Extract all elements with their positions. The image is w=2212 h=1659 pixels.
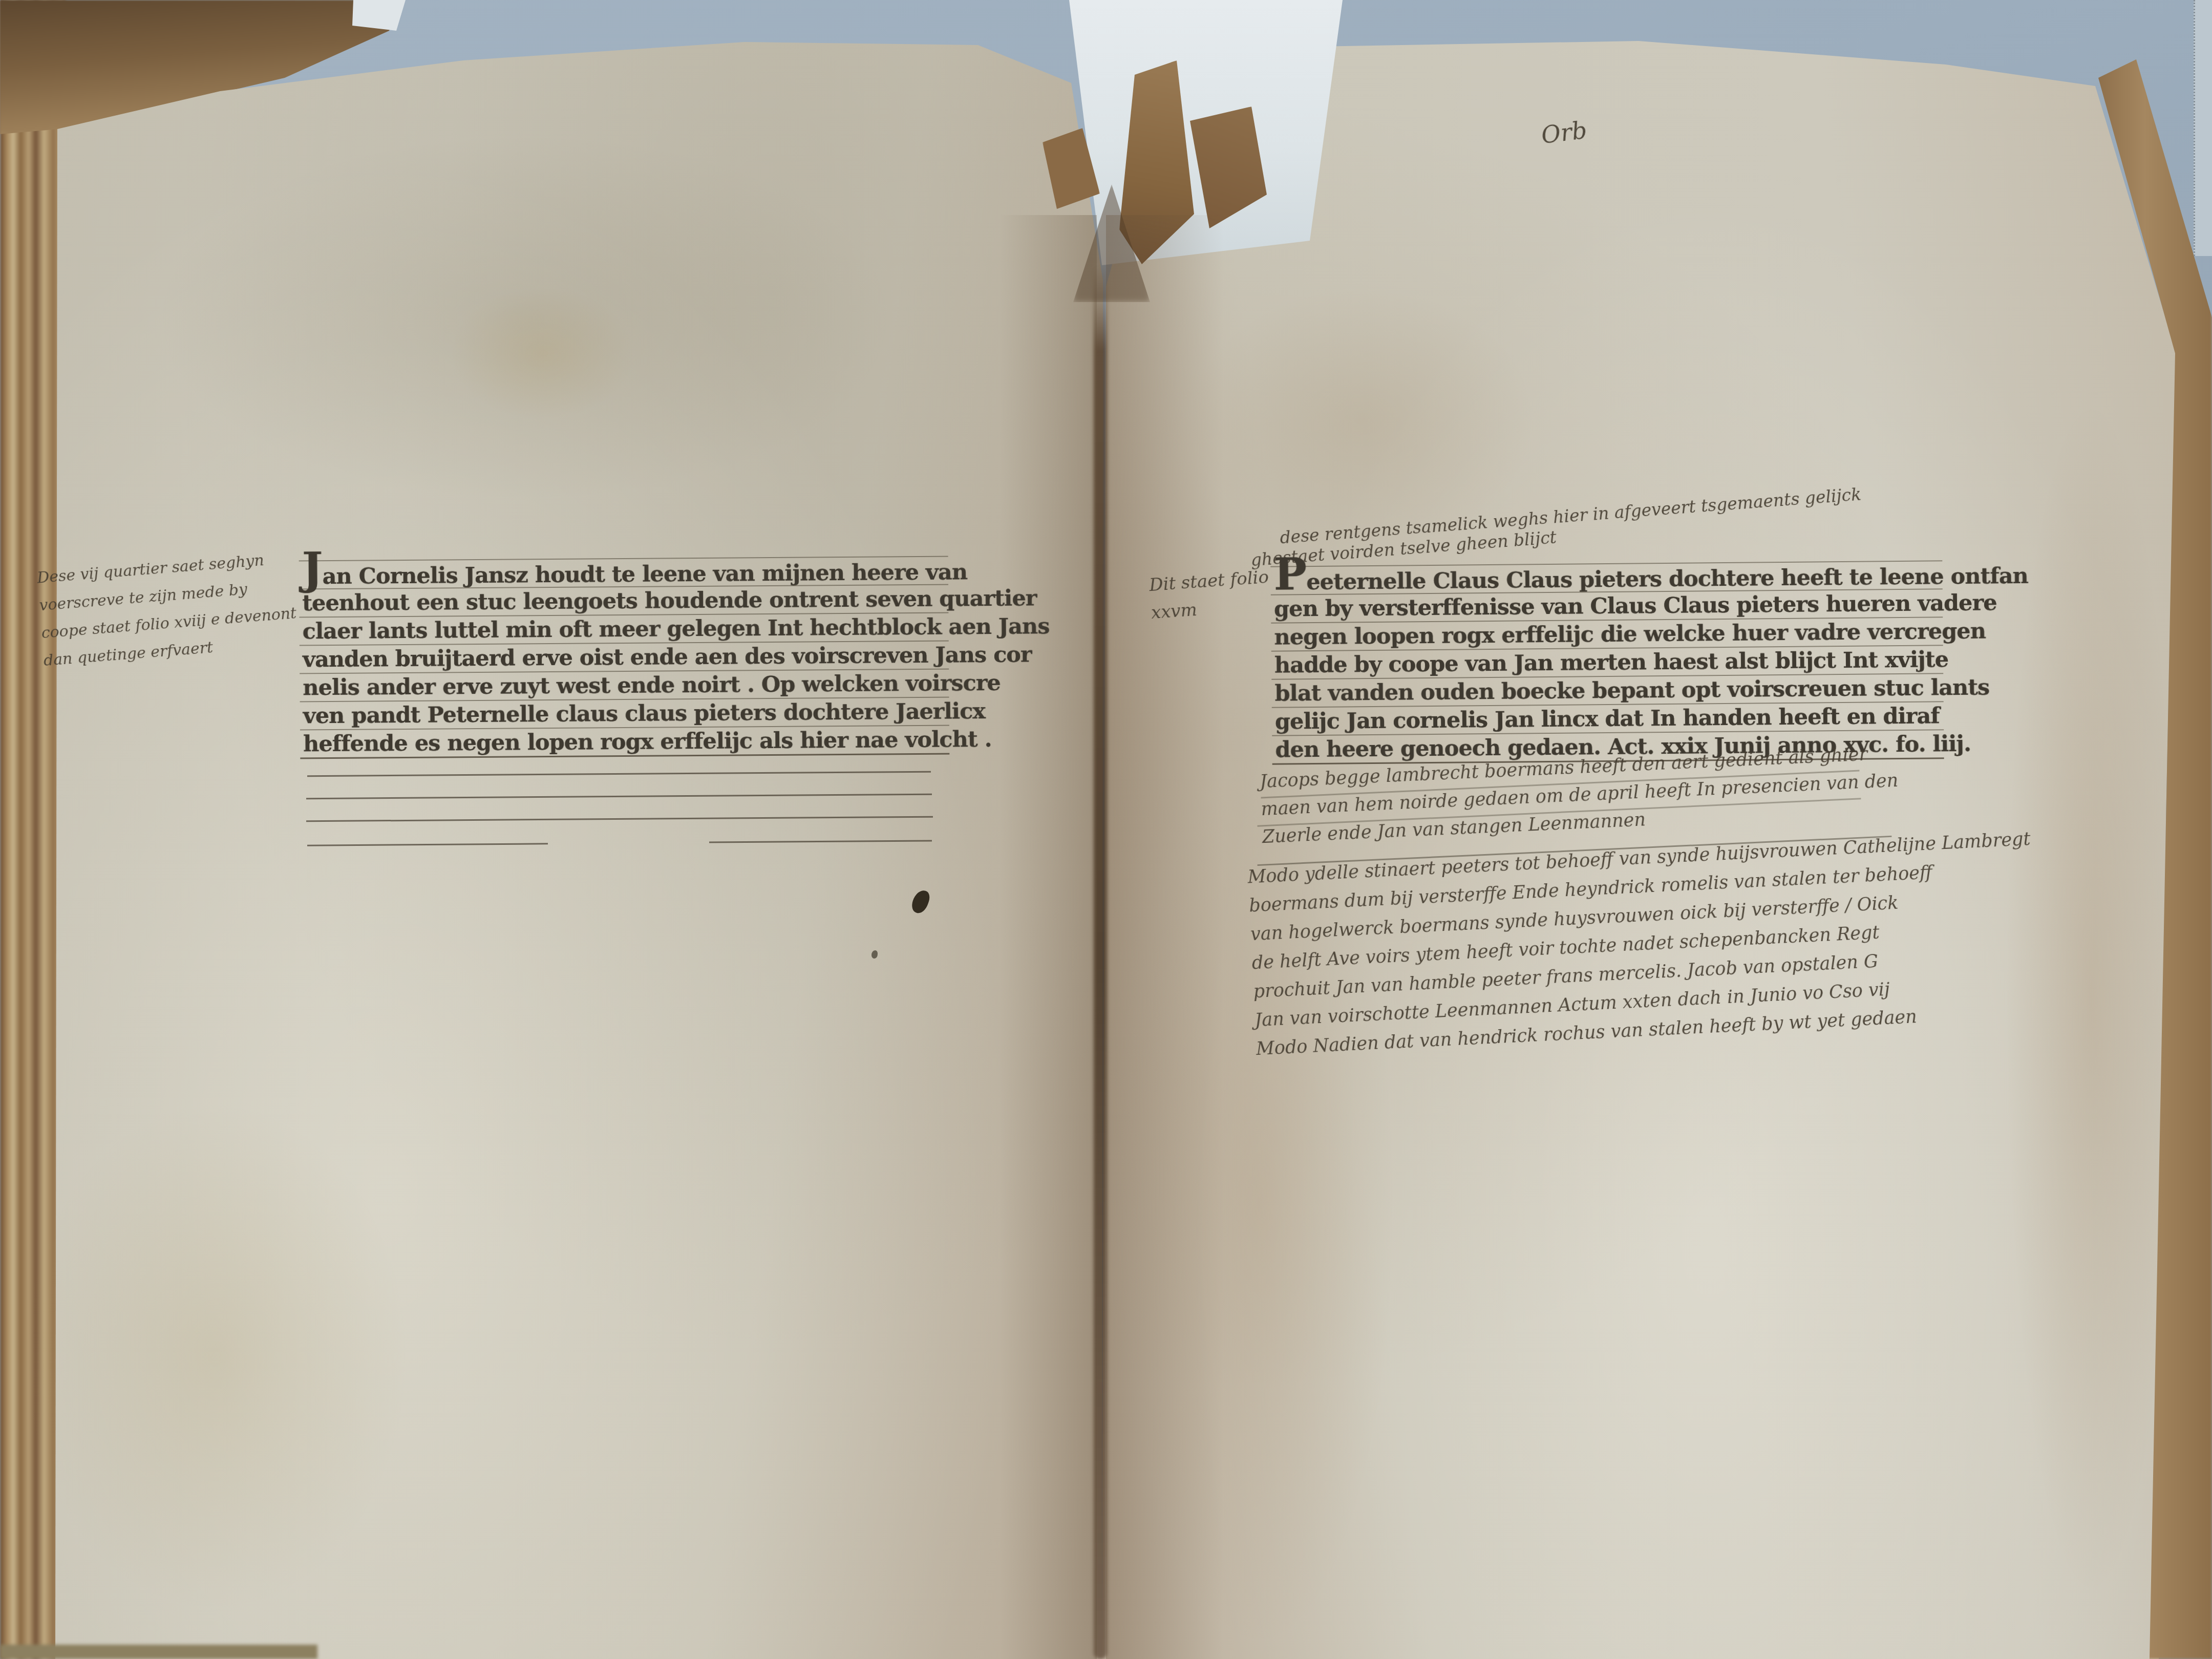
entry-line: claer lants luttel min oft meer gelegen …	[299, 612, 948, 645]
left-page	[0, 0, 1106, 1659]
entry-line: ven pandt Peternelle claus claus pieters…	[300, 697, 949, 730]
gutter-shadow-left	[999, 215, 1097, 1659]
manuscript-photo: Dese vij quartier saet seghyn voerscreve…	[0, 0, 2212, 1659]
bottom-page-edge	[0, 1645, 317, 1659]
entry-line: heffende es negen lopen rogx erffelijc a…	[300, 725, 949, 758]
left-margin-note: Dese vij quartier saet seghyn voerscreve…	[36, 544, 310, 675]
left-entry-block: Jan Cornelis Jansz houdt te leene van mi…	[299, 556, 950, 759]
entry-line: vanden bruijtaerd erve oist ende aen des…	[300, 641, 949, 673]
folio-mark: Orb	[1540, 116, 1588, 149]
modo-block: Modo ydelle stinaert peeters tot behoeff…	[1247, 825, 2039, 1064]
right-entry-block: Peeternelle Claus Claus pieters dochtere…	[1270, 560, 1944, 764]
table-edge-strip	[2194, 0, 2212, 256]
entry-line: nelis ander erve zuyt west ende noirt . …	[300, 669, 949, 701]
gutter-shadow-right	[1106, 215, 1224, 1659]
right-margin-note: Dit staet folio xxvm	[1148, 563, 1272, 627]
entry-line: teenhout een stuc leengoets houdende ont…	[299, 584, 948, 617]
entry-line: Peeternelle Claus Claus pieters dochtere…	[1270, 560, 1942, 594]
entry-line: Jan Cornelis Jansz houdt te leene van mi…	[299, 556, 948, 589]
